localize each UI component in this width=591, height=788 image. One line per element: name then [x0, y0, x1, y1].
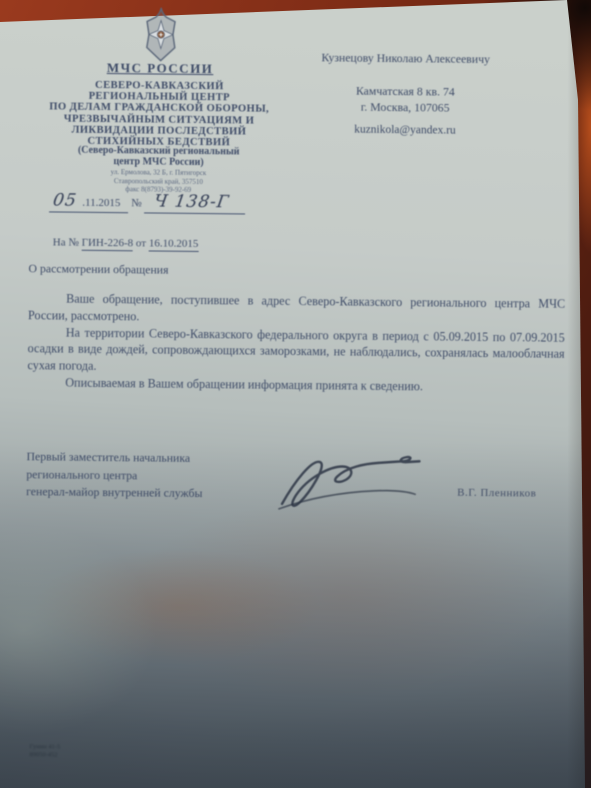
reference-line: На № ГИН-226-8 от 16.10.2015	[53, 236, 199, 250]
recipient-street: Камчатская 8 кв. 74	[290, 83, 520, 100]
org-name-block: СЕВЕРО-КАВКАЗСКИЙ РЕГИОНАЛЬНЫЙ ЦЕНТР ПО …	[25, 79, 294, 149]
date-field: 05 .11.2015	[49, 190, 128, 213]
reference-from: от	[136, 237, 146, 249]
footer-note: Гунин 41-5 89050-452	[29, 743, 60, 759]
handwritten-number: Ч 138-Г	[153, 192, 231, 213]
ministry-title: МЧС РОССИИ	[57, 59, 262, 77]
recipient-city: г. Москва, 107065	[290, 99, 520, 116]
handwritten-day: 05	[52, 190, 79, 210]
photo-of-document: МЧС РОССИИ СЕВЕРО-КАВКАЗСКИЙ РЕГИОНАЛЬНЫ…	[0, 0, 591, 788]
number-sign: №	[131, 197, 142, 209]
number-field: Ч 138-Г	[144, 191, 245, 214]
signer-name: В.Г. Пленников	[457, 487, 536, 500]
body-paragraph: На территории Северо-Кавказского федерал…	[27, 324, 564, 380]
recipient-name: Кузнецову Николаю Алексеевичу	[291, 50, 521, 67]
recipient-email: kuznikola@yandex.ru	[290, 123, 520, 137]
printed-date: .11.2015	[82, 197, 120, 209]
org-short-name: (Северо-Кавказский региональный центр МЧ…	[25, 144, 293, 169]
handwritten-signature	[276, 446, 442, 520]
incoming-number: ГИН-226-8	[81, 237, 133, 252]
incoming-date: 16.10.2015	[149, 237, 199, 252]
body-paragraph: Ваше обращение, поступившее в адрес Севе…	[28, 290, 565, 329]
mchs-emblem-icon	[139, 7, 184, 61]
subject-line: О рассмотрении обращения	[28, 261, 168, 277]
registration-line: 05 .11.2015 № Ч 138-Г	[49, 190, 329, 215]
reference-prefix: На №	[53, 236, 79, 248]
letter-body: Ваше обращение, поступившее в адрес Севе…	[27, 290, 565, 396]
document-content: МЧС РОССИИ СЕВЕРО-КАВКАЗСКИЙ РЕГИОНАЛЬНЫ…	[0, 0, 591, 788]
signoff-position: Первый заместитель начальника региональн…	[26, 448, 203, 502]
